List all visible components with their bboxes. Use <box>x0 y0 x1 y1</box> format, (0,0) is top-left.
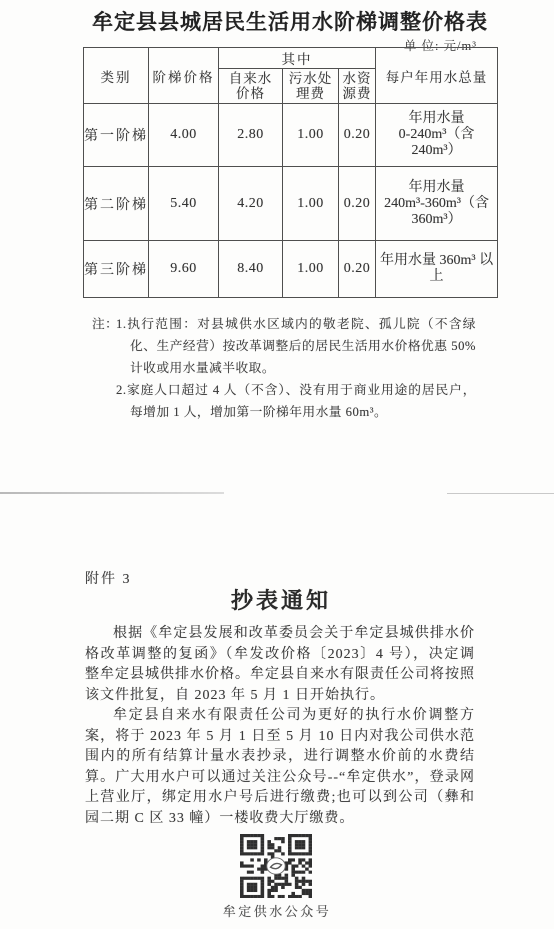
notice-title: 抄表通知 <box>4 584 554 615</box>
header-tier-price: 阶梯价格 <box>149 48 219 104</box>
water-price-table: 类别 阶梯价格 其中 每户年用水总量 自来水 价格 污水处 理费 水资 源费 第… <box>83 47 498 298</box>
table-header-row-1: 类别 阶梯价格 其中 每户年用水总量 <box>84 48 498 69</box>
note-item-1: 1.执行范围：对县城供水区域内的敬老院、孤儿院（不含绿化、生产经营）按改革调整后… <box>116 313 476 379</box>
header-among-which: 其中 <box>219 48 376 69</box>
qr-caption: 牟定供水公众号 <box>0 901 554 920</box>
row-3-resource-fee: 0.20 <box>339 241 376 298</box>
header-category: 类别 <box>84 48 149 104</box>
row-3-category: 第三阶梯 <box>84 241 149 298</box>
row-1-category: 第一阶梯 <box>84 104 149 167</box>
row-3-annual-volume: 年用水量 360m³ 以上 <box>376 241 498 298</box>
row-2-tier-price: 5.40 <box>149 167 219 241</box>
note-item-2: 2.家庭人口超过 4 人（不含）、没有用于商业用途的居民户，每增加 1 人，增加… <box>116 379 476 423</box>
notice-paragraph-2: 牟定县自来水有限责任公司为更好的执行水价调整方案，将于 2023 年 5 月 1… <box>85 706 475 829</box>
table-row-tier-2: 第二阶梯 5.40 4.20 1.00 0.20 年用水量 240m³-360m… <box>84 167 498 241</box>
header-tap-water-price: 自来水 价格 <box>219 69 283 104</box>
qr-code <box>240 834 312 898</box>
notice-paragraph-1: 根据《牟定县发展和改革委员会关于牟定县城供排水价格改革调整的复函》（牟发改价格〔… <box>85 624 475 706</box>
row-2-sewage-fee: 1.00 <box>283 167 339 241</box>
row-2-category: 第二阶梯 <box>84 167 149 241</box>
row-2-resource-fee: 0.20 <box>339 167 376 241</box>
row-1-tier-price: 4.00 <box>149 104 219 167</box>
header-resource-fee: 水资 源费 <box>339 69 376 104</box>
table-row-tier-3: 第三阶梯 9.60 8.40 1.00 0.20 年用水量 360m³ 以上 <box>84 241 498 298</box>
scanned-document: 牟定县县城居民生活用水阶梯调整价格表 单 位: 元/m³ 类别 阶梯价格 其中 … <box>0 0 554 929</box>
table-notes: 注： 1.执行范围：对县城供水区域内的敬老院、孤儿院（不含绿化、生产经营）按改革… <box>92 313 476 423</box>
row-1-tap-price: 2.80 <box>219 104 283 167</box>
row-3-tier-price: 9.60 <box>149 241 219 298</box>
row-2-tap-price: 4.20 <box>219 167 283 241</box>
price-table-title: 牟定县县城居民生活用水阶梯调整价格表 <box>26 6 554 36</box>
row-1-resource-fee: 0.20 <box>339 104 376 167</box>
row-3-sewage-fee: 1.00 <box>283 241 339 298</box>
page-break-line-left <box>0 492 224 494</box>
header-annual-total: 每户年用水总量 <box>376 48 498 104</box>
notes-label: 注： <box>92 313 116 423</box>
table-row-tier-1: 第一阶梯 4.00 2.80 1.00 0.20 年用水量 0-240m³（含 … <box>84 104 498 167</box>
header-sewage-fee: 污水处 理费 <box>283 69 339 104</box>
notice-body: 根据《牟定县发展和改革委员会关于牟定县城供排水价格改革调整的复函》（牟发改价格〔… <box>85 624 475 829</box>
row-2-annual-volume: 年用水量 240m³-360m³（含 360m³） <box>376 167 498 241</box>
row-3-tap-price: 8.40 <box>219 241 283 298</box>
row-1-sewage-fee: 1.00 <box>283 104 339 167</box>
row-1-annual-volume: 年用水量 0-240m³（含 240m³） <box>376 104 498 167</box>
page-break-line-right <box>447 493 554 494</box>
